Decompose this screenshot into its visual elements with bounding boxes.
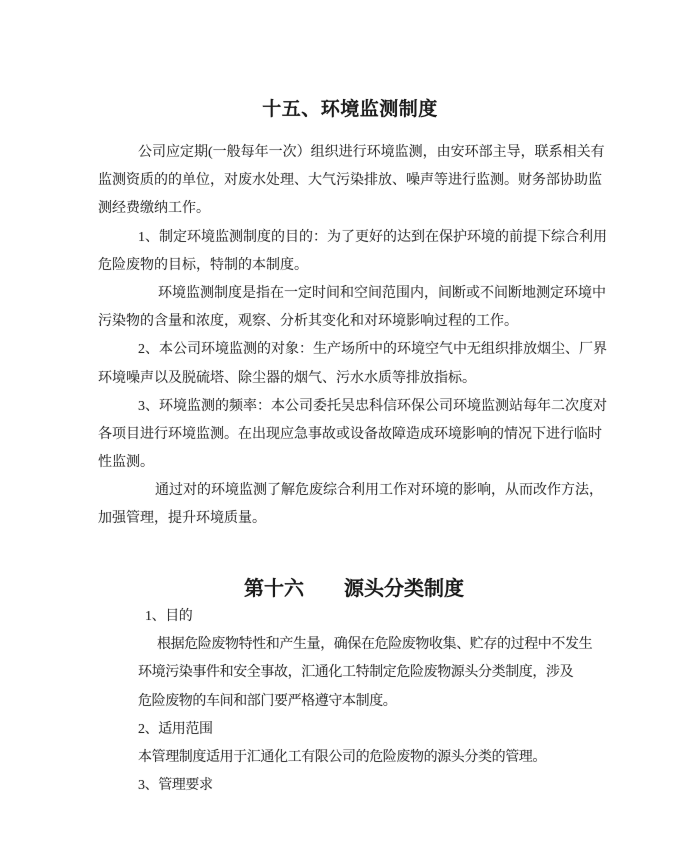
text-line: 危险废物的目标，特制的本制度。 <box>98 252 604 280</box>
text-line: 通过对的环境监测了解危废综合利用工作对环境的影响，从而改作方法， <box>98 477 604 505</box>
text-line: 环境污染事件和安全事故，汇通化工特制定危险废物源头分类制度，涉及 <box>138 659 590 687</box>
text-line: 3、环境监测的频率：本公司委托吴忠科信环保公司环境监测站每年二次度对 <box>98 393 604 421</box>
section-15-heading: 十五、环境监测制度 <box>0 94 700 121</box>
text-line: 加强管理，提升环境质量。 <box>98 505 604 533</box>
text-line: 测经费缴纳工作。 <box>98 195 604 223</box>
text-line: 性监测。 <box>98 449 604 477</box>
text-line: 监测资质的的单位，对废水处理、大气污染排放、噪声等进行监测。财务部协助监 <box>98 167 604 195</box>
document-page: 十五、环境监测制度 公司应定期(一般每年一次）组织进行环境监测，由安环部主导，联… <box>0 0 700 843</box>
text-line: 公司应定期(一般每年一次）组织进行环境监测，由安环部主导，联系相关有 <box>98 139 604 167</box>
section-15-body: 公司应定期(一般每年一次）组织进行环境监测，由安环部主导，联系相关有监测资质的的… <box>98 139 604 534</box>
text-line: 根据危险废物特性和产生量，确保在危险废物收集、贮存的过程中不发生 <box>138 631 590 659</box>
text-line: 3、管理要求 <box>138 772 590 800</box>
section-16-heading: 第十六 源头分类制度 <box>0 572 700 601</box>
text-line: 环境噪声以及脱硫塔、除尘器的烟气、污水水质等排放指标。 <box>98 365 604 393</box>
text-line: 1、制定环境监测制度的目的：为了更好的达到在保护环境的前提下综合利用 <box>98 224 604 252</box>
text-line: 污染物的含量和浓度，观察、分析其变化和对环境影响过程的工作。 <box>98 308 604 336</box>
text-line: 环境监测制度是指在一定时间和空间范围内，间断或不间断地测定环境中 <box>98 280 604 308</box>
text-line: 1、目的 <box>138 603 590 631</box>
text-line: 危险废物的车间和部门要严格遵守本制度。 <box>138 688 590 716</box>
text-line: 2、适用范围 <box>138 716 590 744</box>
section-16-body: 1、目的根据危险废物特性和产生量，确保在危险废物收集、贮存的过程中不发生环境污染… <box>138 603 590 800</box>
text-line: 本管理制度适用于汇通化工有限公司的危险废物的源头分类的管理。 <box>138 744 590 772</box>
text-line: 2、本公司环境监测的对象：生产场所中的环境空气中无组织排放烟尘、厂界 <box>98 336 604 364</box>
text-line: 各项目进行环境监测。在出现应急事故或设备故障造成环境影响的情况下进行临时 <box>98 421 604 449</box>
